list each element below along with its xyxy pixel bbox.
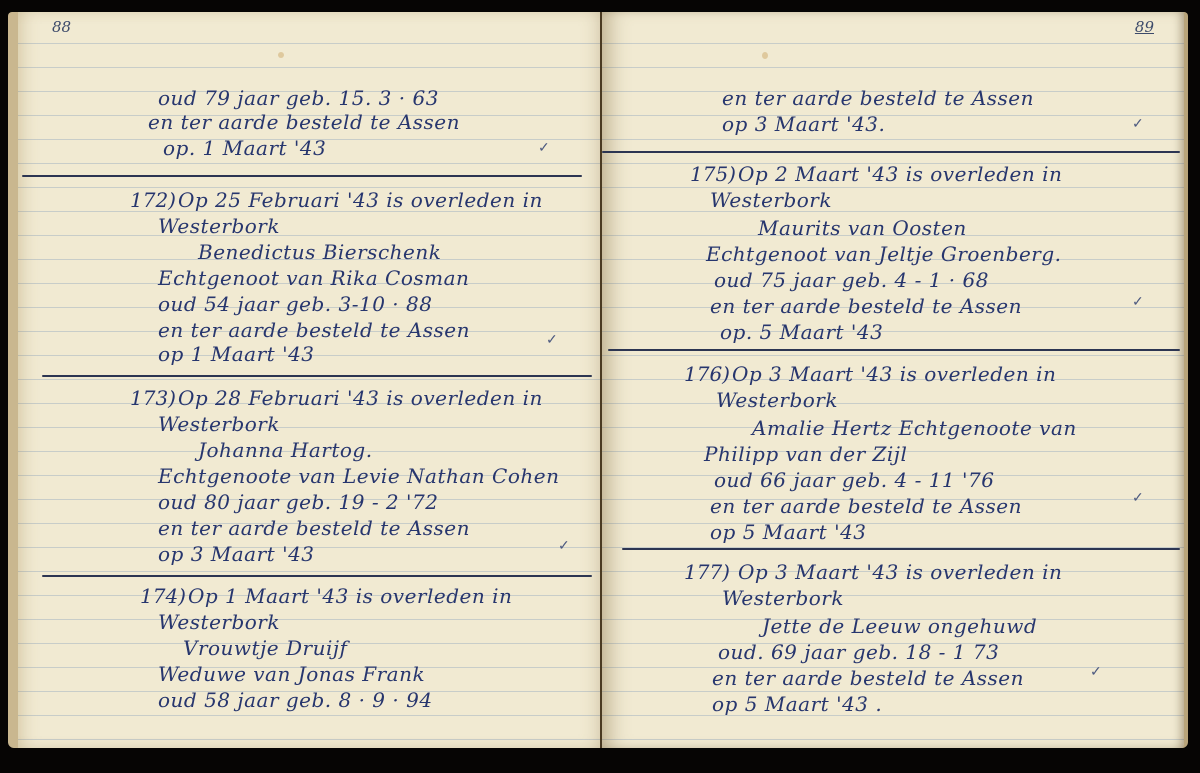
entry-line: en ter aarde besteld te Assen	[710, 294, 1022, 318]
entry-line: Westerbork	[716, 388, 838, 412]
entry-line: Philipp van der Zijl	[704, 442, 907, 466]
page-number: 88	[52, 18, 71, 36]
entry-line: oud 80 jaar geb. 19 - 2 '72	[158, 490, 438, 514]
checkmark-icon: ✓	[558, 538, 570, 554]
entry-number: 176)	[684, 362, 730, 386]
checkmark-icon: ✓	[1132, 116, 1144, 132]
entry-number: 177)	[684, 560, 730, 584]
continuation-line: op. 1 Maart '43	[163, 136, 326, 160]
entry-line: en ter aarde besteld te Assen	[158, 318, 470, 342]
entry-line: en ter aarde besteld te Assen	[158, 516, 470, 540]
entry-number: 173)	[130, 386, 176, 410]
entry-line: Op 3 Maart '43 is overleden in	[738, 560, 1062, 584]
entry-line: oud. 69 jaar geb. 18 - 1 73	[718, 640, 999, 664]
entry-line: Op 28 Februari '43 is overleden in	[178, 386, 543, 410]
entry-number: 172)	[130, 188, 176, 212]
entry-line: Echtgenoot van Rika Cosman	[158, 266, 469, 290]
left-page: 88 oud 79 jaar geb. 15. 3 · 63 en ter aa…	[8, 12, 610, 748]
checkmark-icon: ✓	[1090, 664, 1102, 680]
person-name: Vrouwtje Druijf	[183, 636, 347, 660]
entry-line: op 5 Maart '43	[710, 520, 867, 544]
entry-line: oud 58 jaar geb. 8 · 9 · 94	[158, 688, 433, 712]
open-register-book: 88 oud 79 jaar geb. 15. 3 · 63 en ter aa…	[8, 12, 1186, 760]
right-page: 89 en ter aarde besteld te Assen op 3 Ma…	[602, 12, 1188, 748]
entry-line: oud 54 jaar geb. 3-10 · 88	[158, 292, 432, 316]
continuation-line: op 3 Maart '43.	[722, 112, 885, 136]
entry-divider	[602, 151, 1180, 153]
entry-divider	[42, 375, 592, 377]
checkmark-icon: ✓	[1132, 294, 1144, 310]
entry-line: op 3 Maart '43	[158, 542, 315, 566]
paper-stain	[278, 52, 284, 58]
entry-line: Westerbork	[158, 214, 280, 238]
entry-line: Op 1 Maart '43 is overleden in	[188, 584, 512, 608]
entry-line: Weduwe van Jonas Frank	[158, 662, 425, 686]
entry-line: en ter aarde besteld te Assen	[710, 494, 1022, 518]
entry-line: Echtgenoot van Jeltje Groenberg.	[706, 242, 1062, 266]
entry-divider	[608, 349, 1180, 351]
entry-line: Op 3 Maart '43 is overleden in	[732, 362, 1056, 386]
paper-stain	[762, 52, 768, 59]
entry-line: op 5 Maart '43 .	[712, 692, 882, 716]
page-number: 89	[1135, 18, 1154, 36]
entry-divider	[42, 575, 592, 577]
person-name: Jette de Leeuw ongehuwd	[762, 614, 1037, 638]
entry-divider	[22, 175, 582, 177]
entry-line: Westerbork	[722, 586, 844, 610]
entry-number: 174)	[140, 584, 186, 608]
checkmark-icon: ✓	[546, 332, 558, 348]
continuation-line: en ter aarde besteld te Assen	[722, 86, 1034, 110]
entry-line: oud 66 jaar geb. 4 - 11 '76	[714, 468, 994, 492]
entry-line: op 1 Maart '43	[158, 342, 315, 366]
entry-line: en ter aarde besteld te Assen	[712, 666, 1024, 690]
entry-divider	[622, 548, 1180, 550]
person-name: Benedictus Bierschenk	[198, 240, 441, 264]
entry-line: oud 75 jaar geb. 4 - 1 · 68	[714, 268, 989, 292]
continuation-line: oud 79 jaar geb. 15. 3 · 63	[158, 86, 439, 110]
person-name: Johanna Hartog.	[198, 438, 373, 462]
checkmark-icon: ✓	[1132, 490, 1144, 506]
entry-line: Op 2 Maart '43 is overleden in	[738, 162, 1062, 186]
checkmark-icon: ✓	[538, 140, 550, 156]
entry-line: op. 5 Maart '43	[720, 320, 883, 344]
continuation-line: en ter aarde besteld te Assen	[148, 110, 460, 134]
entry-line: Echtgenoote van Levie Nathan Cohen	[158, 464, 559, 488]
person-name: Amalie Hertz Echtgenoote van	[752, 416, 1077, 440]
entry-line: Op 25 Februari '43 is overleden in	[178, 188, 543, 212]
person-name: Maurits van Oosten	[758, 216, 967, 240]
entry-line: Westerbork	[158, 412, 280, 436]
entry-number: 175)	[690, 162, 736, 186]
entry-line: Westerbork	[158, 610, 280, 634]
entry-line: Westerbork	[710, 188, 832, 212]
